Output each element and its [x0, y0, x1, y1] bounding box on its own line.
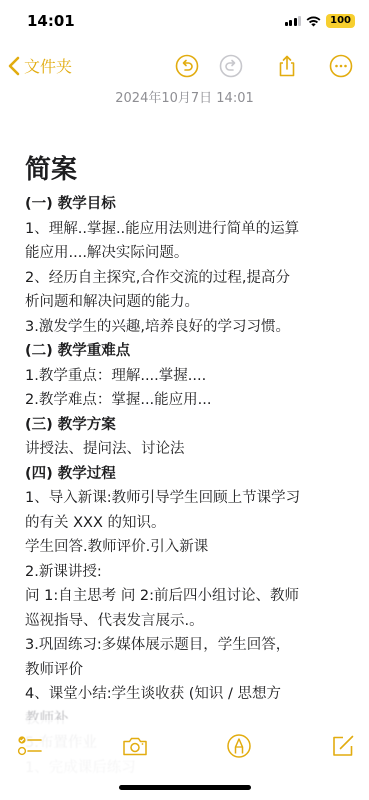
note-timestamp: 2024年10月7日 14:01: [0, 87, 369, 106]
note-body[interactable]: 简案 (一) 教学目标1、理解..掌握..能应用法则进行简单的运算能应用....…: [25, 150, 355, 780]
compose-icon[interactable]: [330, 733, 356, 759]
note-section-heading[interactable]: (四) 教学过程: [25, 462, 355, 487]
note-line[interactable]: 4、课堂小结:学生谈收获 (知识 / 思想方: [25, 682, 355, 707]
camera-icon[interactable]: [122, 733, 148, 759]
note-line[interactable]: 析问题和解决问题的能力。: [25, 290, 355, 315]
note-line[interactable]: 2、经历自主探究,合作交流的过程,提高分: [25, 266, 355, 291]
note-line[interactable]: 1.教学重点：理解....掌握....: [25, 364, 355, 389]
checklist-icon[interactable]: [17, 733, 43, 759]
note-line[interactable]: 3.巩固练习:多媒体展示题目，学生回答，: [25, 633, 355, 658]
wifi-icon: [306, 16, 321, 27]
note-line[interactable]: 问 1:自主思考 问 2:前后四小组讨论、教师: [25, 584, 355, 609]
status-indicators: 100: [285, 14, 355, 28]
share-icon[interactable]: [275, 54, 299, 78]
cellular-signal-icon: [285, 16, 302, 26]
back-label: 文件夹: [24, 54, 72, 77]
note-line[interactable]: 学生回答.教师评价.引入新课: [25, 535, 355, 560]
note-line[interactable]: 2.教学难点：掌握...能应用...: [25, 388, 355, 413]
status-bar: 14:01 100: [0, 0, 369, 44]
undo-icon[interactable]: [175, 54, 199, 78]
note-line[interactable]: 3.激发学生的兴趣,培养良好的学习习惯。: [25, 315, 355, 340]
note-line[interactable]: 教师评价: [25, 658, 355, 683]
back-button[interactable]: 文件夹: [8, 54, 72, 77]
more-icon[interactable]: [329, 54, 353, 78]
note-line[interactable]: 的有关 XXX 的知识。: [25, 511, 355, 536]
note-lines[interactable]: (一) 教学目标1、理解..掌握..能应用法则进行简单的运算能应用....解决实…: [25, 192, 355, 780]
note-section-heading[interactable]: (二) 教学重难点: [25, 339, 355, 364]
bottom-toolbar: [0, 728, 369, 764]
battery-indicator: 100: [326, 14, 355, 28]
note-line[interactable]: 讲授法、提问法、讨论法: [25, 437, 355, 462]
note-line[interactable]: 1、理解..掌握..能应用法则进行简单的运算: [25, 217, 355, 242]
home-indicator[interactable]: [119, 785, 251, 790]
note-line[interactable]: 2.新课讲授:: [25, 560, 355, 585]
nav-bar: 文件夹: [0, 48, 369, 84]
note-title[interactable]: 简案: [25, 150, 355, 190]
redo-icon[interactable]: [219, 54, 243, 78]
note-section-heading[interactable]: (三) 教学方案: [25, 413, 355, 438]
note-line[interactable]: 巡视指导、代表发言展示.。: [25, 609, 355, 634]
note-section-heading[interactable]: (一) 教学目标: [25, 192, 355, 217]
chevron-left-icon: [8, 56, 20, 76]
markup-icon[interactable]: [226, 733, 252, 759]
status-time: 14:01: [27, 12, 75, 30]
note-line[interactable]: 1、导入新课:教师引导学生回顾上节课学习: [25, 486, 355, 511]
note-line[interactable]: 能应用....解决实际问题。: [25, 241, 355, 266]
